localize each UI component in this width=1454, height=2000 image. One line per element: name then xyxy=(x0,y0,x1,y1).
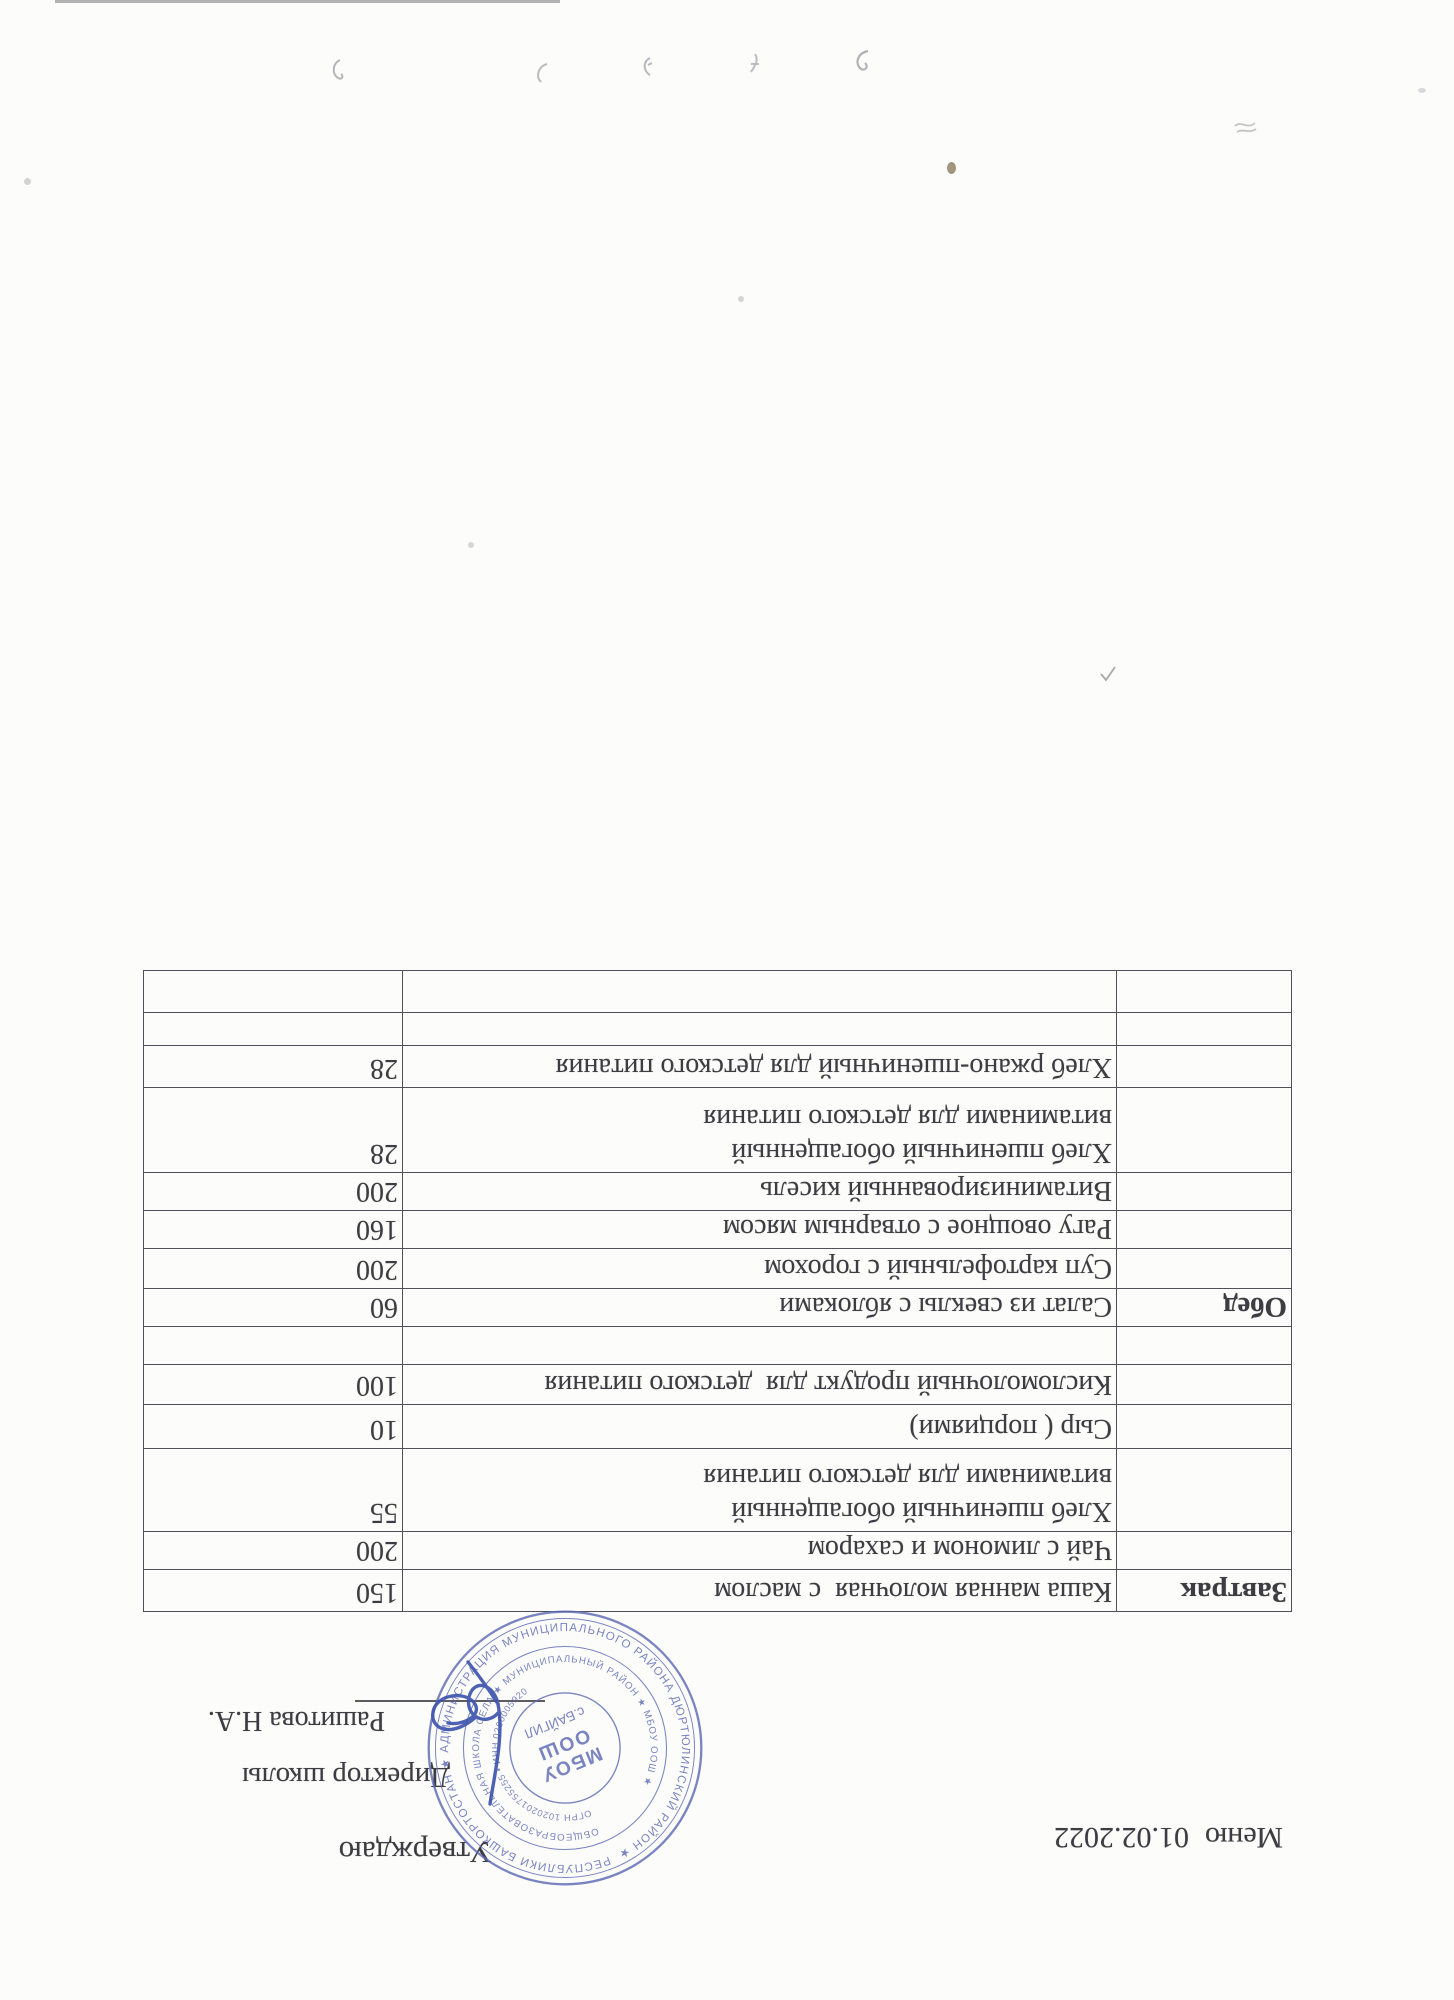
table-row: Сыр ( порциями) 10 xyxy=(144,1405,1292,1449)
menu-title-line: Меню01.02.2022 xyxy=(1054,1820,1283,1854)
amount-cell: 200 xyxy=(144,1249,403,1289)
dish-cell: Салат из свеклы с яблоками xyxy=(403,1289,1117,1327)
amount-cell: 60 xyxy=(144,1289,403,1327)
table-row: Чай с лимоном и сахаром 200 xyxy=(144,1532,1292,1570)
dish-cell: Кисломолочный продукт для детского питан… xyxy=(403,1365,1117,1405)
table-row: Кисломолочный продукт для детского питан… xyxy=(144,1365,1292,1405)
table-row-empty xyxy=(144,1327,1292,1365)
table-row: Хлеб ржано-пшеничный для детского питани… xyxy=(144,1046,1292,1088)
dish-cell: Каша манная молочная с маслом xyxy=(403,1570,1117,1612)
meal-cell: Обед xyxy=(1117,1289,1292,1327)
amount-cell: 10 xyxy=(144,1405,403,1449)
amount-cell: 200 xyxy=(144,1532,403,1570)
meal-cell xyxy=(1117,1449,1292,1532)
director-name: Рашитова Н.А. xyxy=(208,1704,385,1736)
meal-cell xyxy=(1117,1173,1292,1211)
table-row: Витаминизированный кисель 200 xyxy=(144,1173,1292,1211)
meal-cell xyxy=(1117,1211,1292,1249)
table-row: Обед Салат из свеклы с яблоками 60 xyxy=(144,1289,1292,1327)
menu-date: 01.02.2022 xyxy=(1054,1821,1189,1854)
meal-cell xyxy=(1117,1532,1292,1570)
meal-cell xyxy=(1117,1365,1292,1405)
dish-cell: Хлеб ржано-пшеничный для детского питани… xyxy=(403,1046,1117,1088)
dish-cell: Рагу овощное с отварным мясом xyxy=(403,1211,1117,1249)
meal-cell: Завтрак xyxy=(1117,1570,1292,1612)
table-row: Завтрак Каша манная молочная с маслом 15… xyxy=(144,1570,1292,1612)
menu-label: Меню xyxy=(1205,1821,1283,1854)
document-rotated-180: Меню01.02.2022 Утверждаю Директор школы … xyxy=(0,0,1454,2000)
scanned-menu-document: Меню01.02.2022 Утверждаю Директор школы … xyxy=(0,0,1454,2000)
dish-cell: Хлеб пшеничный обогащенныйвитаминами для… xyxy=(403,1088,1117,1173)
amount-cell: 28 xyxy=(144,1088,403,1173)
meal-cell xyxy=(1117,1249,1292,1289)
table-row: Хлеб пшеничный обогащенныйвитаминами для… xyxy=(144,1088,1292,1173)
dish-cell: Сыр ( порциями) xyxy=(403,1405,1117,1449)
menu-table: Завтрак Каша манная молочная с маслом 15… xyxy=(143,970,1292,1612)
dish-cell: Хлеб пшеничный обогащенныйвитаминами для… xyxy=(403,1449,1117,1532)
amount-cell: 28 xyxy=(144,1046,403,1088)
table-row: Суп картофельный с горохом 200 xyxy=(144,1249,1292,1289)
table-row-empty xyxy=(144,1013,1292,1046)
table-row: Хлеб пшеничный обогащенныйвитаминами для… xyxy=(144,1449,1292,1532)
amount-cell: 150 xyxy=(144,1570,403,1612)
dish-cell: Витаминизированный кисель xyxy=(403,1173,1117,1211)
meal-cell xyxy=(1117,1088,1292,1173)
dish-cell: Суп картофельный с горохом xyxy=(403,1249,1117,1289)
amount-cell: 55 xyxy=(144,1449,403,1532)
amount-cell: 200 xyxy=(144,1173,403,1211)
signature xyxy=(388,1658,528,1810)
table-row-empty xyxy=(144,971,1292,1013)
amount-cell: 100 xyxy=(144,1365,403,1405)
table-row: Рагу овощное с отварным мясом 160 xyxy=(144,1211,1292,1249)
meal-cell xyxy=(1117,1046,1292,1088)
meal-cell xyxy=(1117,1405,1292,1449)
amount-cell: 160 xyxy=(144,1211,403,1249)
dish-cell: Чай с лимоном и сахаром xyxy=(403,1532,1117,1570)
